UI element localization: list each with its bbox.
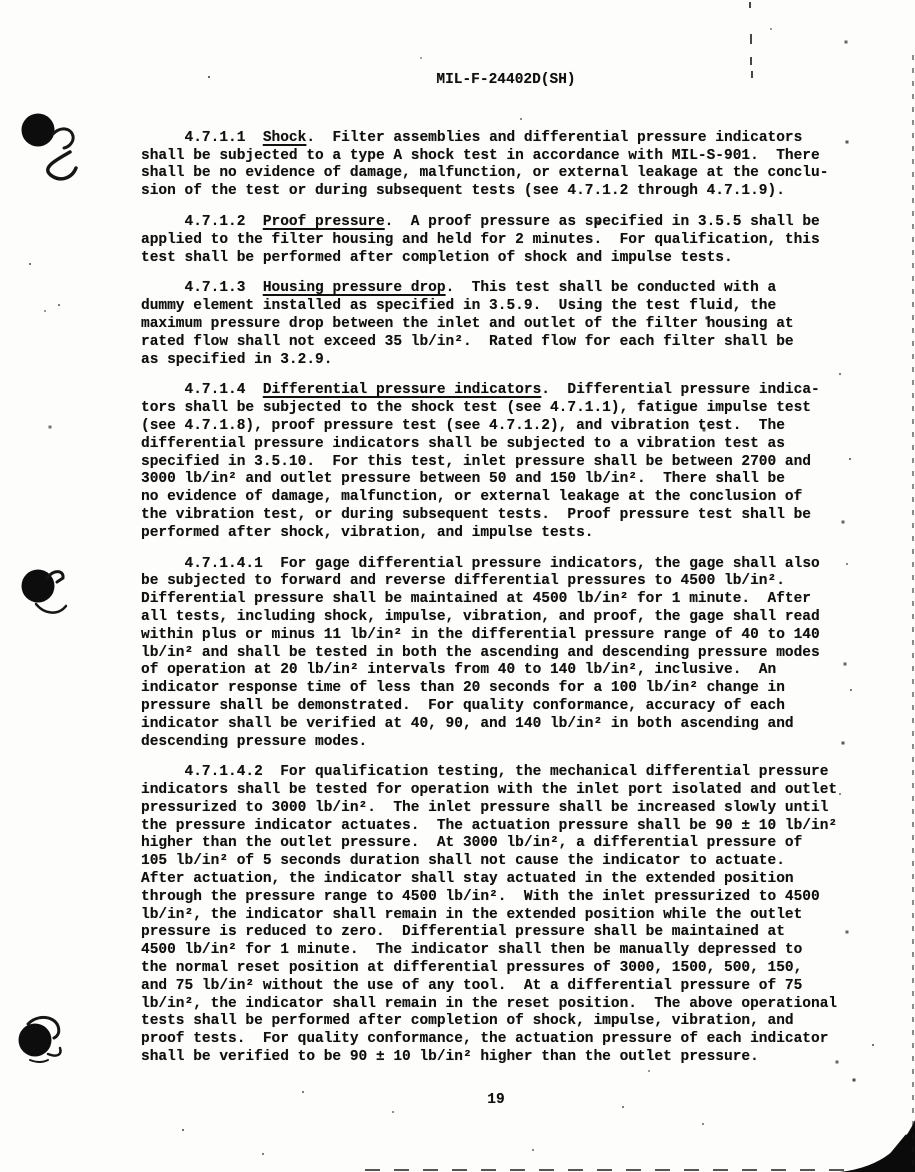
section-title: Proof pressure bbox=[263, 214, 385, 230]
section-differential-pressure-indicators: 4.7.1.4 Differential pressure indicators… bbox=[141, 382, 847, 542]
section-heading-line: 4.7.1.1 Shock. Filter assemblies and dif… bbox=[141, 130, 847, 148]
scanned-document-page: MIL-F-24402D(SH) 4.7.1.1 Shock. Filter a… bbox=[0, 0, 915, 1172]
document-content: MIL-F-24402D(SH) 4.7.1.1 Shock. Filter a… bbox=[141, 72, 847, 1110]
paragraph-body: applied to the filter housing and held f… bbox=[141, 232, 847, 268]
section-heading-line: 4.7.1.4.1 For gage differential pressure… bbox=[141, 556, 847, 574]
scan-artifact-corner-wedge bbox=[838, 1118, 915, 1172]
section-intro-text: . This test shall be conducted with a bbox=[446, 280, 777, 296]
scan-artifact-bottom-edge bbox=[365, 1169, 845, 1171]
section-proof-pressure: 4.7.1.2 Proof pressure. A proof pressure… bbox=[141, 214, 847, 267]
paragraph-body: indicators shall be tested for operation… bbox=[141, 782, 847, 1067]
scan-artifact-hole-punch-3 bbox=[8, 1010, 78, 1074]
section-shock: 4.7.1.1 Shock. Filter assemblies and dif… bbox=[141, 130, 847, 201]
section-title: Shock bbox=[263, 130, 307, 146]
document-id-header: MIL-F-24402D(SH) bbox=[153, 72, 859, 90]
scan-artifact-tick bbox=[750, 57, 752, 65]
scan-artifact-tick bbox=[750, 34, 752, 44]
section-intro-text: . A proof pressure as specified in 3.5.5… bbox=[385, 214, 820, 230]
paragraph-body: shall be subjected to a type A shock tes… bbox=[141, 148, 847, 201]
section-housing-pressure-drop: 4.7.1.3 Housing pressure drop. This test… bbox=[141, 280, 847, 369]
section-number: 4.7.1.3 bbox=[141, 280, 263, 296]
scan-artifact-tick bbox=[751, 71, 753, 78]
section-intro-text: For qualification testing, the mechanica… bbox=[280, 764, 828, 780]
section-title: Housing pressure drop bbox=[263, 280, 446, 296]
section-number: 4.7.1.1 bbox=[141, 130, 263, 146]
section-intro-text: For gage differential pressure indicator… bbox=[280, 556, 820, 572]
paragraph-body: dummy element installed as specified in … bbox=[141, 298, 847, 369]
page-number: 19 bbox=[143, 1092, 849, 1110]
scan-noise-specks bbox=[0, 0, 2, 2]
section-heading-line: 4.7.1.3 Housing pressure drop. This test… bbox=[141, 280, 847, 298]
paragraph-body: tors shall be subjected to the shock tes… bbox=[141, 400, 847, 542]
scan-artifact-right-edge bbox=[912, 55, 914, 1172]
section-qualification-testing: 4.7.1.4.2 For qualification testing, the… bbox=[141, 764, 847, 1067]
section-intro-text: . Filter assemblies and differential pre… bbox=[306, 130, 802, 146]
section-heading-line: 4.7.1.4.2 For qualification testing, the… bbox=[141, 764, 847, 782]
section-heading-line: 4.7.1.2 Proof pressure. A proof pressure… bbox=[141, 214, 847, 232]
scan-artifact-hole-punch-2 bbox=[14, 558, 86, 628]
section-number: 4.7.1.2 bbox=[141, 214, 263, 230]
scan-artifact-tick bbox=[749, 2, 751, 8]
section-number: 4.7.1.4.2 bbox=[141, 764, 280, 780]
section-number: 4.7.1.4 bbox=[141, 382, 263, 398]
section-intro-text: . Differential pressure indica- bbox=[541, 382, 819, 398]
section-heading-line: 4.7.1.4 Differential pressure indicators… bbox=[141, 382, 847, 400]
section-title: Differential pressure indicators bbox=[263, 382, 541, 398]
section-number: 4.7.1.4.1 bbox=[141, 556, 280, 572]
section-gage-indicator-test: 4.7.1.4.1 For gage differential pressure… bbox=[141, 556, 847, 752]
paragraph-body: be subjected to forward and reverse diff… bbox=[141, 573, 847, 751]
scan-artifact-hole-punch-1 bbox=[12, 106, 92, 201]
